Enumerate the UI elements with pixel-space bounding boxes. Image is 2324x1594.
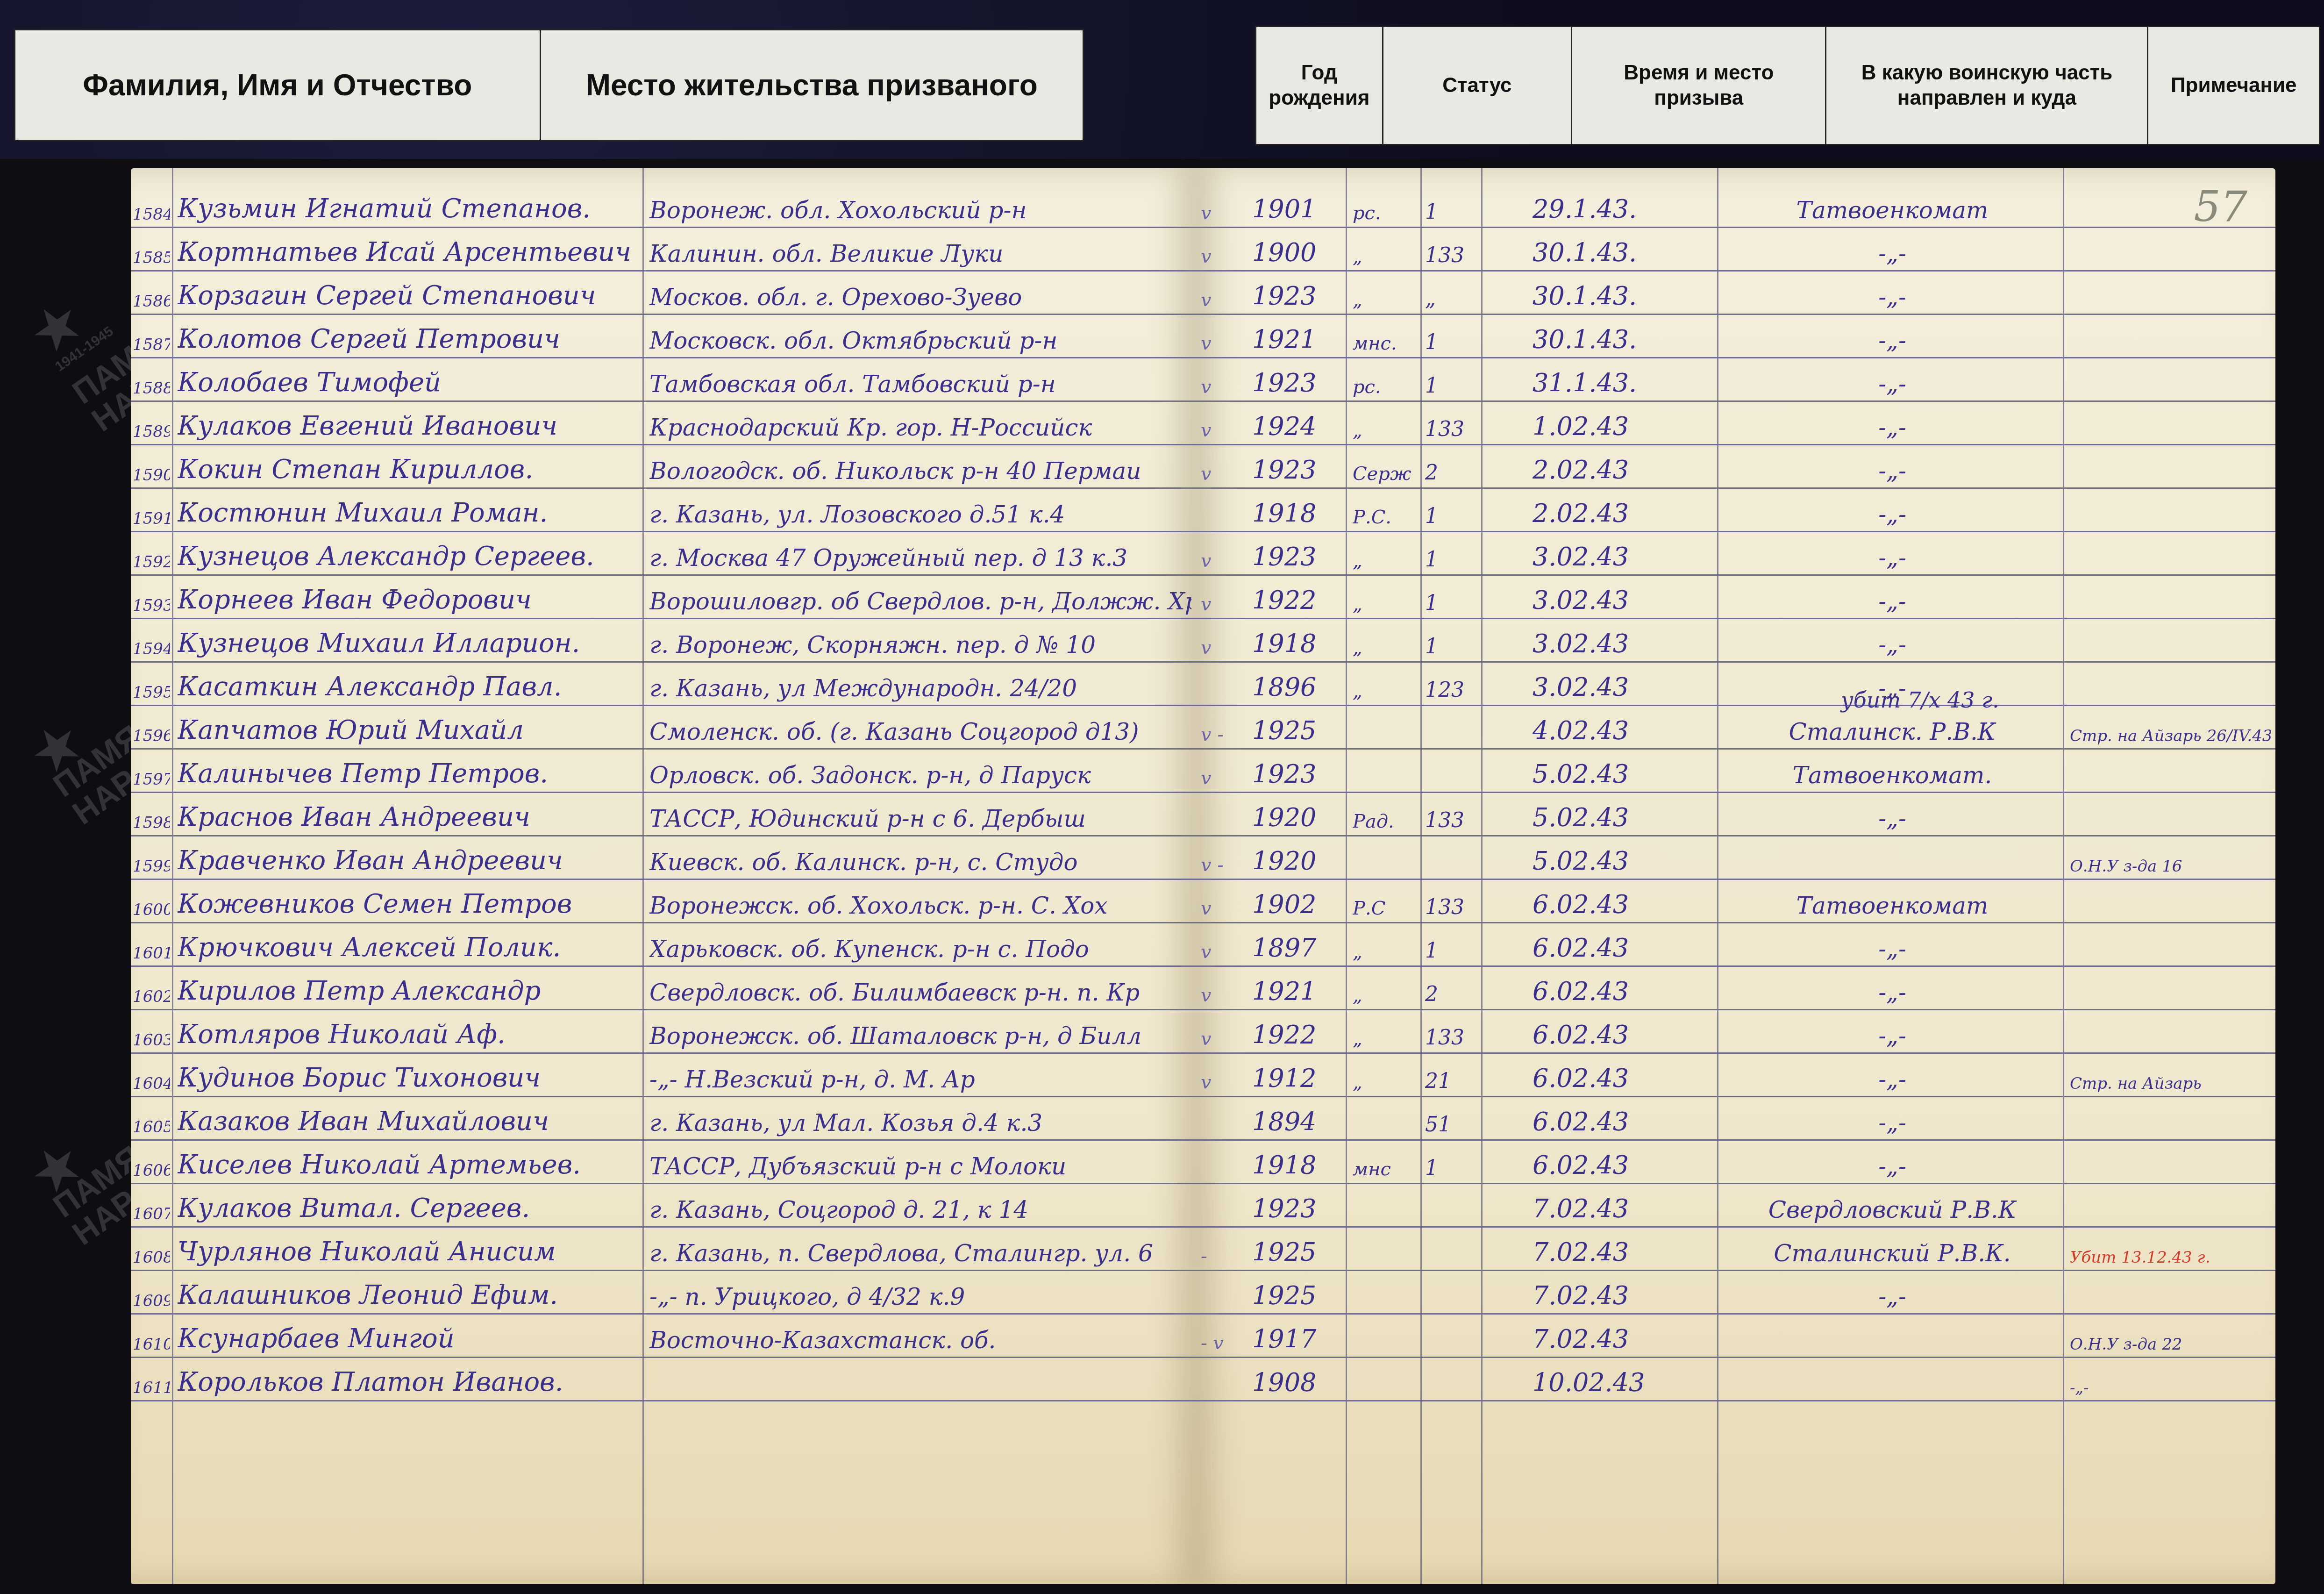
conscription-date: 30.1.43.	[1533, 238, 1673, 267]
table-row: v1923рс.131.1.43.-„-	[1196, 358, 2275, 402]
residence: Краснодарский Кр. гор. Н-Российск	[649, 414, 1191, 441]
table-row: v -19205.02.43О.Н.У з-да 16	[1196, 836, 2275, 880]
status-code: 1	[1425, 939, 1474, 963]
check-mark: v	[1201, 289, 1229, 311]
column-header-date: Время и место призыва	[1572, 27, 1826, 144]
status: Р.С.	[1353, 507, 1416, 528]
conscription-date: 2.02.43	[1533, 499, 1673, 528]
conscription-date: 30.1.43.	[1533, 325, 1673, 354]
status: „	[1353, 246, 1416, 267]
full-name: Котляров Николай Аф.	[178, 1019, 635, 1050]
conscription-date: 6.02.43	[1533, 1107, 1673, 1137]
table-row: -19257.02.43Сталинский Р.В.К.Убит 13.12.…	[1196, 1228, 2275, 1271]
birth-year: 1921	[1252, 325, 1341, 354]
residence: Ворошиловгр. об Свердлов. р-н, Должж. Хр	[649, 588, 1191, 615]
record-number: 1589	[133, 422, 170, 441]
conscription-date: 7.02.43	[1533, 1324, 1673, 1354]
status-code: „	[1425, 287, 1474, 311]
conscription-date: 3.02.43	[1533, 672, 1673, 702]
full-name: Капчатов Юрий Михайл	[178, 715, 635, 745]
status-code: 133	[1425, 808, 1474, 832]
status-code: 133	[1425, 417, 1474, 441]
conscription-date: 30.1.43.	[1533, 281, 1673, 311]
check-mark: v	[1201, 246, 1229, 267]
table-row: - v19177.02.43О.Н.У з-да 22	[1196, 1315, 2275, 1358]
table-row: 1611Корольков Платон Иванов.	[131, 1358, 1196, 1401]
residence: г. Казань, ул. Лозовского д.51 к.4	[649, 501, 1191, 528]
birth-year: 1923	[1252, 455, 1341, 485]
check-mark: v	[1201, 898, 1229, 919]
full-name: Кожевников Семен Петров	[178, 889, 635, 919]
status-code: 1	[1425, 330, 1474, 354]
record-number: 1590	[133, 466, 170, 485]
assigned-unit: -„-	[1724, 414, 2060, 441]
record-number: 1587	[133, 336, 170, 354]
record-number: 1602	[133, 987, 170, 1006]
full-name: Чурлянов Николай Анисим	[178, 1237, 635, 1267]
record-number: 1600	[133, 901, 170, 919]
assigned-unit: -„-	[1724, 284, 2060, 311]
assigned-unit: Татвоенкомат	[1724, 197, 2060, 224]
assigned-unit: -„-	[1724, 371, 2060, 398]
birth-year: 1918	[1252, 499, 1341, 528]
full-name: Кирилов Петр Александр	[178, 976, 635, 1006]
table-row: 1607Кулаков Витал. Сергеев.г. Казань, Со…	[131, 1184, 1196, 1228]
table-row: 190810.02.43-„-	[1196, 1358, 2275, 1401]
table-row: 1896„1233.02.43-„-	[1196, 663, 2275, 706]
full-name: Корзагин Сергей Степанович	[178, 280, 635, 311]
table-row: 1595Касаткин Александр Павл.г. Казань, у…	[131, 663, 1196, 706]
record-number: 1610	[133, 1335, 170, 1354]
record-number: 1585	[133, 249, 170, 267]
column-header-address: Место жительства призваного	[541, 30, 1083, 140]
record-number: 1588	[133, 379, 170, 398]
full-name: Киселев Николай Артемьев.	[178, 1150, 635, 1180]
table-row: v1897„16.02.43-„-	[1196, 923, 2275, 967]
status-code: 1	[1425, 1156, 1474, 1180]
residence: Свердловск. об. Билимбаевск р-н. п. Кр	[649, 979, 1191, 1006]
birth-year: 1923	[1252, 368, 1341, 398]
residence: г. Воронеж, Скорняжн. пер. д № 10	[649, 631, 1191, 658]
table-row: 1603Котляров Николай Аф.Воронежск. об. Ш…	[131, 1010, 1196, 1054]
residence: Воронежск. об. Хохольск. р-н. С. Хох	[649, 892, 1191, 919]
note: Стр. на Айзарь	[2070, 1074, 2271, 1093]
table-row: v1921„26.02.43-„-	[1196, 967, 2275, 1010]
status-code: 51	[1425, 1113, 1474, 1137]
assigned-unit: -„-	[1724, 631, 2060, 658]
conscription-date: 6.02.43	[1533, 890, 1673, 919]
check-mark: v	[1201, 941, 1229, 963]
full-name: Калинычев Петр Петров.	[178, 758, 635, 789]
table-row: 1920Рад.1335.02.43-„-	[1196, 793, 2275, 836]
birth-year: 1908	[1252, 1368, 1341, 1397]
check-mark: v	[1201, 376, 1229, 398]
table-row: 1597Калинычев Петр Петров.Орловск. об. З…	[131, 750, 1196, 793]
check-mark: - v	[1201, 1332, 1229, 1354]
full-name: Кортнатьев Исай Арсентьевич	[178, 237, 635, 267]
conscription-date: 6.02.43	[1533, 977, 1673, 1006]
status: „	[1353, 637, 1416, 658]
note: О.Н.У з-да 22	[2070, 1335, 2271, 1354]
birth-year: 1902	[1252, 890, 1341, 919]
residence: Калинин. обл. Великие Луки	[649, 240, 1191, 267]
table-row: v1900„13330.1.43.-„-	[1196, 228, 2275, 272]
check-mark: v	[1201, 463, 1229, 485]
table-row: 1585Кортнатьев Исай АрсентьевичКалинин. …	[131, 228, 1196, 272]
birth-year: 1922	[1252, 1020, 1341, 1050]
status: Р.С	[1353, 898, 1416, 919]
table-row: 1596Капчатов Юрий МихайлСмоленск. об. (г…	[131, 706, 1196, 750]
full-name: Калашников Леонид Ефим.	[178, 1280, 635, 1310]
full-name: Кузьмин Игнатий Степанов.	[178, 193, 635, 224]
table-row: v1923„„30.1.43.-„-	[1196, 272, 2275, 315]
record-number: 1594	[133, 640, 170, 658]
conscription-date: 31.1.43.	[1533, 368, 1673, 398]
table-row: v1921мнс.130.1.43.-„-	[1196, 315, 2275, 358]
note: Убит 13.12.43 г.	[2070, 1248, 2271, 1267]
conscription-date: 29.1.43.	[1533, 194, 1673, 224]
record-number: 1586	[133, 292, 170, 311]
conscription-date: 4.02.43	[1533, 716, 1673, 745]
birth-year: 1896	[1252, 672, 1341, 702]
status: „	[1353, 985, 1416, 1006]
status-code: 21	[1425, 1069, 1474, 1093]
birth-year: 1925	[1252, 716, 1341, 745]
status: „	[1353, 1028, 1416, 1050]
status: рс.	[1353, 202, 1416, 224]
birth-year: 1923	[1252, 759, 1341, 789]
status-code: 1	[1425, 200, 1474, 224]
full-name: Корнеев Иван Федорович	[178, 585, 635, 615]
check-mark: v	[1201, 1072, 1229, 1093]
assigned-unit: -„-	[1724, 588, 2060, 615]
status-code: 2	[1425, 461, 1474, 485]
record-number: 1592	[133, 553, 170, 572]
table-row: v1923Серж22.02.43-„-	[1196, 445, 2275, 489]
status-code: 1	[1425, 635, 1474, 658]
assigned-unit: -„-	[1724, 805, 2060, 832]
table-row: 19237.02.43Свердловский Р.В.К	[1196, 1184, 2275, 1228]
record-number: 1606	[133, 1161, 170, 1180]
status: Серж	[1353, 463, 1416, 485]
table-row: v1901рс.129.1.43.Татвоенкомат	[1196, 185, 2275, 228]
residence: г. Казань, ул Международн. 24/20	[649, 675, 1191, 702]
status: „	[1353, 1072, 1416, 1093]
record-number: 1605	[133, 1118, 170, 1137]
check-mark: v	[1201, 593, 1229, 615]
residence: Московск. обл. Октябрьский р-н	[649, 327, 1191, 354]
status-code: 1	[1425, 374, 1474, 398]
left-page: 1584Кузьмин Игнатий Степанов.Воронеж. об…	[131, 168, 1196, 1584]
status-code: 1	[1425, 548, 1474, 572]
record-number: 1593	[133, 596, 170, 615]
birth-year: 1901	[1252, 194, 1341, 224]
check-mark: v	[1201, 202, 1229, 224]
assigned-unit: Татвоенкомат	[1724, 892, 2060, 919]
birth-year: 1923	[1252, 1194, 1341, 1223]
birth-year: 1894	[1252, 1107, 1341, 1137]
assigned-unit: Татвоенкомат.	[1724, 762, 2060, 789]
birth-year: 1920	[1252, 846, 1341, 876]
note: О.Н.У з-да 16	[2070, 857, 2271, 876]
table-row: 1604Кудинов Борис Тихонович-„- Н.Везский…	[131, 1054, 1196, 1097]
status: „	[1353, 289, 1416, 311]
full-name: Ксунарбаев Мингой	[178, 1323, 635, 1354]
table-row: 1609Калашников Леонид Ефим.-„- п. Урицко…	[131, 1271, 1196, 1315]
header-left: Фамилия, Имя и Отчество Место жительства…	[14, 29, 1084, 141]
record-number: 1597	[133, 770, 170, 789]
residence: Воронеж. обл. Хохольский р-н	[649, 197, 1191, 224]
header-right: Год рождения Статус Время и место призыв…	[1255, 26, 2320, 145]
status: „	[1353, 680, 1416, 702]
table-row: v1922„13.02.43-„-	[1196, 576, 2275, 619]
conscription-date: 1.02.43	[1533, 412, 1673, 441]
full-name: Колобаев Тимофей	[178, 367, 635, 398]
full-name: Крючкович Алексей Полик.	[178, 932, 635, 963]
conscription-date: 6.02.43	[1533, 1151, 1673, 1180]
record-number: 1601	[133, 944, 170, 963]
conscription-date: 5.02.43	[1533, 846, 1673, 876]
assigned-unit: -„-	[1724, 327, 2060, 354]
birth-year: 1917	[1252, 1324, 1341, 1354]
conscription-date: 6.02.43	[1533, 1020, 1673, 1050]
birth-year: 1922	[1252, 586, 1341, 615]
conscription-date: 6.02.43	[1533, 933, 1673, 963]
birth-year: 1912	[1252, 1064, 1341, 1093]
check-mark: v	[1201, 1028, 1229, 1050]
table-row: v1902Р.С1336.02.43Татвоенкомат	[1196, 880, 2275, 923]
left-page-rows: 1584Кузьмин Игнатий Степанов.Воронеж. об…	[131, 185, 1196, 1401]
table-row: 1593Корнеев Иван ФедоровичВорошиловгр. о…	[131, 576, 1196, 619]
residence: г. Казань, Соцгород д. 21, к 14	[649, 1196, 1191, 1223]
table-row: 1600Кожевников Семен ПетровВоронежск. об…	[131, 880, 1196, 923]
full-name: Кузнецов Александр Сергеев.	[178, 541, 635, 572]
residence: Харьковск. об. Купенск. р-н с. Подо	[649, 936, 1191, 963]
conscription-date: 3.02.43	[1533, 586, 1673, 615]
residence: Тамбовская обл. Тамбовский р-н	[649, 371, 1191, 398]
record-number: 1595	[133, 683, 170, 702]
table-row: 1594Кузнецов Михаил Илларион.г. Воронеж,…	[131, 619, 1196, 663]
assigned-unit: -„-	[1724, 1022, 2060, 1050]
assigned-unit: -„-	[1724, 1109, 2060, 1137]
full-name: Кравченко Иван Андреевич	[178, 845, 635, 876]
table-row: 1601Крючкович Алексей Полик.Харьковск. о…	[131, 923, 1196, 967]
assigned-unit: Сталинский Р.В.К.	[1724, 1240, 2060, 1267]
assigned-unit: -„-	[1724, 1283, 2060, 1310]
conscription-date: 5.02.43	[1533, 759, 1673, 789]
full-name: Костюнин Михаил Роман.	[178, 498, 635, 528]
birth-year: 1920	[1252, 803, 1341, 832]
column-header-name: Фамилия, Имя и Отчество	[15, 30, 541, 140]
residence: Восточно-Казахстанск. об.	[649, 1327, 1191, 1354]
status: мнс.	[1353, 333, 1416, 354]
table-row: 1588Колобаев ТимофейТамбовская обл. Тамб…	[131, 358, 1196, 402]
check-mark: v -	[1201, 724, 1229, 745]
residence: ТАССР, Юдинский р-н с 6. Дербыш	[649, 805, 1191, 832]
residence: ТАССР, Дубъязский р-н с Молоки	[649, 1153, 1191, 1180]
conscription-date: 3.02.43	[1533, 542, 1673, 572]
status-code: 133	[1425, 895, 1474, 919]
status: мнс	[1353, 1158, 1416, 1180]
record-number: 1603	[133, 1031, 170, 1050]
record-number: 1584	[133, 205, 170, 224]
status: Рад.	[1353, 811, 1416, 832]
full-name: Кузнецов Михаил Илларион.	[178, 628, 635, 658]
assigned-unit: -„-	[1724, 936, 2060, 963]
birth-year: 1921	[1252, 977, 1341, 1006]
table-row: v1924„1331.02.43-„-	[1196, 402, 2275, 445]
right-page-rows: v1901рс.129.1.43.Татвоенкоматv1900„13330…	[1196, 185, 2275, 1401]
table-row: v1922„1336.02.43-„-	[1196, 1010, 2275, 1054]
status-code: 1	[1425, 591, 1474, 615]
assigned-unit: Сталинск. Р.В.К	[1724, 718, 2060, 745]
check-mark: v	[1201, 637, 1229, 658]
record-number: 1608	[133, 1248, 170, 1267]
residence: г. Москва 47 Оружейный пер. д 13 к.3	[649, 544, 1191, 572]
table-row: 1918мнс16.02.43-„-	[1196, 1141, 2275, 1184]
table-row: 1586Корзагин Сергей СтепановичМосков. об…	[131, 272, 1196, 315]
full-name: Кудинов Борис Тихонович	[178, 1063, 635, 1093]
table-row: 1592Кузнецов Александр Сергеев.г. Москва…	[131, 532, 1196, 576]
column-header-unit: В какую воинскую часть направлен и куда	[1826, 27, 2148, 144]
assigned-unit: -„-	[1724, 1153, 2060, 1180]
status: „	[1353, 420, 1416, 441]
table-row: 1584Кузьмин Игнатий Степанов.Воронеж. об…	[131, 185, 1196, 228]
table-row: 1602Кирилов Петр АлександрСвердловск. об…	[131, 967, 1196, 1010]
unit-annotation: убит 7/х 43 г.	[1841, 687, 1999, 713]
table-row: 1606Киселев Николай Артемьев.ТАССР, Дубъ…	[131, 1141, 1196, 1184]
residence: -„- Н.Везский р-н, д. М. Ар	[649, 1066, 1191, 1093]
check-mark: v	[1201, 333, 1229, 354]
note: Стр. на Айзарь 26/IV.43	[2070, 727, 2271, 745]
column-header-status: Статус	[1383, 27, 1572, 144]
conscription-date: 7.02.43	[1533, 1194, 1673, 1223]
assigned-unit: Свердловский Р.В.К	[1724, 1196, 2060, 1223]
conscription-date: 10.02.43	[1533, 1368, 1673, 1397]
full-name: Кулаков Витал. Сергеев.	[178, 1193, 635, 1223]
table-row: 1605Казаков Иван Михайловичг. Казань, ул…	[131, 1097, 1196, 1141]
conscription-date: 3.02.43	[1533, 629, 1673, 658]
conscription-date: 2.02.43	[1533, 455, 1673, 485]
check-mark: v	[1201, 420, 1229, 441]
full-name: Касаткин Александр Павл.	[178, 672, 635, 702]
assigned-unit: -„-	[1724, 501, 2060, 528]
table-row: v19235.02.43Татвоенкомат.	[1196, 750, 2275, 793]
table-row: 1894516.02.43-„-	[1196, 1097, 2275, 1141]
table-row: 1918Р.С.12.02.43-„-	[1196, 489, 2275, 532]
status: „	[1353, 941, 1416, 963]
birth-year: 1924	[1252, 412, 1341, 441]
record-number: 1611	[133, 1379, 170, 1397]
table-row: 1590Кокин Степан Кириллов.Вологодск. об.…	[131, 445, 1196, 489]
birth-year: 1918	[1252, 629, 1341, 658]
birth-year: 1900	[1252, 238, 1341, 267]
status-code: 123	[1425, 678, 1474, 702]
conscription-date: 6.02.43	[1533, 1064, 1673, 1093]
full-name: Краснов Иван Андреевич	[178, 802, 635, 832]
residence: г. Казань, п. Свердлова, Сталингр. ул. 6	[649, 1240, 1191, 1267]
table-row: 1591Костюнин Михаил Роман.г. Казань, ул.…	[131, 489, 1196, 532]
table-row: 1599Кравченко Иван АндреевичКиевск. об. …	[131, 836, 1196, 880]
table-row: 1608Чурлянов Николай Анисимг. Казань, п.…	[131, 1228, 1196, 1271]
record-number: 1599	[133, 857, 170, 876]
status: рс.	[1353, 376, 1416, 398]
full-name: Колотов Сергей Петрович	[178, 324, 635, 354]
record-number: 1607	[133, 1205, 170, 1223]
birth-year: 1918	[1252, 1151, 1341, 1180]
residence: Смоленск. об. (г. Казань Соцгород д13)	[649, 718, 1191, 745]
residence: Орловск. об. Задонск. р-н, д Паруск	[649, 762, 1191, 789]
record-number: 1609	[133, 1292, 170, 1310]
residence: Киевск. об. Калинск. р-н, с. Студо	[649, 849, 1191, 876]
record-number: 1604	[133, 1074, 170, 1093]
table-row: v -19254.02.43Сталинск. Р.В.Кубит 7/х 43…	[1196, 706, 2275, 750]
status: „	[1353, 550, 1416, 572]
residence: г. Казань, ул Мал. Козья д.4 к.3	[649, 1109, 1191, 1137]
register-book: 1584Кузьмин Игнатий Степанов.Воронеж. об…	[117, 168, 2285, 1584]
check-mark: v	[1201, 767, 1229, 789]
table-row: 1598Краснов Иван АндреевичТАССР, Юдински…	[131, 793, 1196, 836]
assigned-unit: -„-	[1724, 979, 2060, 1006]
full-name: Казаков Иван Михайлович	[178, 1106, 635, 1137]
column-header-note: Примечание	[2148, 27, 2319, 144]
status-code: 2	[1425, 982, 1474, 1006]
record-number: 1596	[133, 727, 170, 745]
table-row: 1589Кулаков Евгений ИвановичКраснодарски…	[131, 402, 1196, 445]
status: „	[1353, 593, 1416, 615]
full-name: Кулаков Евгений Иванович	[178, 411, 635, 441]
record-number: 1598	[133, 814, 170, 832]
check-mark: v	[1201, 985, 1229, 1006]
birth-year: 1897	[1252, 933, 1341, 963]
conscription-date: 7.02.43	[1533, 1281, 1673, 1310]
residence: Воронежск. об. Шаталовск р-н, д Билл	[649, 1022, 1191, 1050]
table-row: 1587Колотов Сергей ПетровичМосковск. обл…	[131, 315, 1196, 358]
status-code: 133	[1425, 1026, 1474, 1050]
table-row: 1610Ксунарбаев МингойВосточно-Казахстанс…	[131, 1315, 1196, 1358]
assigned-unit: -„-	[1724, 457, 2060, 485]
residence: -„- п. Урицкого, д 4/32 к.9	[649, 1283, 1191, 1310]
residence: Вологодск. об. Никольск р-н 40 Пермаи	[649, 457, 1191, 485]
residence: Москов. обл. г. Орехово-Зуево	[649, 284, 1191, 311]
column-header-year: Год рождения	[1256, 27, 1383, 144]
birth-year: 1925	[1252, 1237, 1341, 1267]
status-code: 1	[1425, 504, 1474, 528]
assigned-unit: -„-	[1724, 1066, 2060, 1093]
status-code: 133	[1425, 243, 1474, 267]
assigned-unit: -„-	[1724, 544, 2060, 572]
right-page: 57 v1901рс.129.1.43.Татвоенкоматv1900„13…	[1196, 168, 2275, 1584]
check-mark: -	[1201, 1245, 1229, 1267]
assigned-unit: -„-	[1724, 240, 2060, 267]
full-name: Корольков Платон Иванов.	[178, 1367, 635, 1397]
conscription-date: 7.02.43	[1533, 1237, 1673, 1267]
table-row: 19257.02.43-„-	[1196, 1271, 2275, 1315]
check-mark: v	[1201, 550, 1229, 572]
full-name: Кокин Степан Кириллов.	[178, 454, 635, 485]
table-row: v1918„13.02.43-„-	[1196, 619, 2275, 663]
birth-year: 1923	[1252, 281, 1341, 311]
birth-year: 1925	[1252, 1281, 1341, 1310]
table-row: v1923„13.02.43-„-	[1196, 532, 2275, 576]
note: -„-	[2070, 1379, 2271, 1397]
conscription-date: 5.02.43	[1533, 803, 1673, 832]
check-mark: v -	[1201, 854, 1229, 876]
birth-year: 1923	[1252, 542, 1341, 572]
table-row: v1912„216.02.43-„-Стр. на Айзарь	[1196, 1054, 2275, 1097]
record-number: 1591	[133, 509, 170, 528]
